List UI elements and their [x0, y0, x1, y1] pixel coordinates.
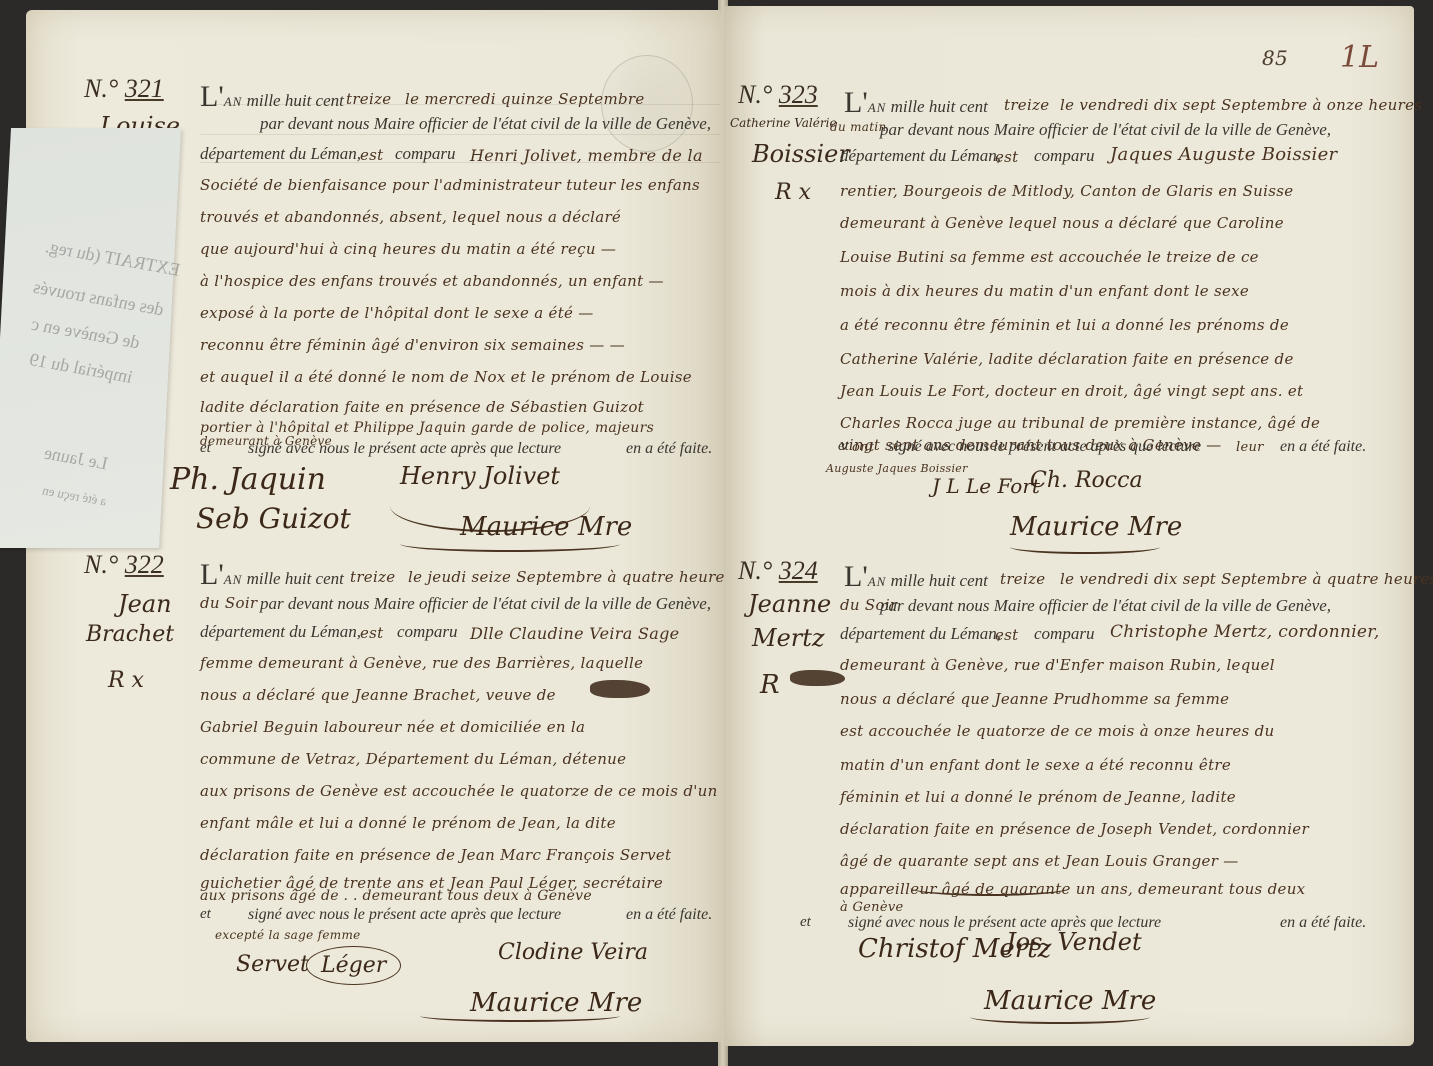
body-line: femme demeurant à Genève, rue des Barriè… [200, 654, 643, 672]
margin-given-name: Catherine Valérie [730, 116, 837, 130]
body-line: demeurant à Genève, rue d'Enfer maison R… [840, 656, 1275, 674]
est-handwritten: est [360, 146, 384, 164]
body-line: déclaration faite en présence de Joseph … [840, 820, 1309, 838]
printed-et: et [200, 906, 211, 923]
printed-closing: signé avec nous le présent acte après qu… [248, 906, 561, 924]
signature: Ph. Jaquin [170, 462, 326, 497]
date-handwritten: le mercredi quinze Septembre [405, 90, 645, 108]
margin-given-name: Jeanne [748, 590, 831, 618]
printed-line-2: par devant nous Maire officier de l'état… [260, 594, 711, 614]
flyleaf-text: de Genève en c [29, 314, 141, 354]
body-line: trouvés et abandonnés, absent, lequel no… [200, 208, 621, 226]
flyleaf-text: a été reçu en [41, 482, 108, 509]
body-line: Société de bienfaisance pour l'administr… [200, 176, 700, 194]
margin-surname: Brachet [86, 622, 174, 647]
annotation-handwritten: excepté la sage femme [215, 928, 361, 942]
time-handwritten: du matin [830, 120, 887, 134]
est-handwritten: est [995, 148, 1019, 166]
body-line: a été reconnu être féminin et lui a donn… [840, 316, 1289, 334]
signature: Seb Guizot [196, 502, 351, 535]
body-line: aux prisons de Genève est accouchée le q… [200, 782, 718, 800]
declarant-handwritten: Henri Jolivet, membre de la [470, 146, 703, 165]
act-number: N.° 322 [84, 550, 164, 580]
printed-line-3: département du Léman, [200, 622, 361, 642]
body-line: matin d'un enfant dont le sexe a été rec… [840, 756, 1231, 774]
printed-line-2: par devant nous Maire officier de l'état… [260, 114, 711, 134]
body-line: nous a déclaré que Jeanne Prudhomme sa f… [840, 690, 1229, 708]
body-line: déclaration faite en présence de Jean Ma… [200, 846, 671, 864]
ink-blot [590, 680, 650, 698]
body-line: Louise Butini sa femme est accouchée le … [840, 248, 1259, 266]
margin-surname: Mertz [752, 624, 825, 652]
printed-et: et [838, 438, 849, 455]
printed-line-3: département du Léman, [200, 144, 361, 164]
margin-surname: Boissier [752, 140, 850, 168]
act-number: N.° 321 [84, 74, 164, 104]
body-line: ladite déclaration faite en présence de … [200, 398, 644, 416]
body-line: nous a déclaré que Jeanne Brachet, veuve… [200, 686, 556, 704]
body-line: demeurant à Genève lequel nous a déclaré… [840, 214, 1284, 232]
printed-comparu: comparu [397, 622, 457, 642]
leur-handwritten: leur [1236, 440, 1264, 455]
body-line: à l'hospice des enfans trouvés et abando… [200, 272, 664, 290]
body-line: exposé à la porte de l'hôpital dont le s… [200, 304, 594, 322]
printed-line-1: L'AN mille huit cent [200, 80, 344, 114]
body-line: commune de Vetraz, Département du Léman,… [200, 750, 626, 768]
body-line: aux prisons âgé de . . demeurant tous de… [200, 888, 592, 904]
page-number: 85 [1262, 46, 1288, 70]
signature: Clodine Veira [498, 940, 648, 965]
body-line: et auquel il a été donné le nom de Nox e… [200, 368, 692, 386]
ink-blot [790, 670, 845, 686]
signature: J L Le Fort [932, 474, 1040, 498]
printed-comparu: comparu [1034, 624, 1094, 644]
declarant-handwritten: Dlle Claudine Veira Sage [470, 624, 679, 643]
body-line: enfant mâle et lui a donné le prénom de … [200, 814, 616, 832]
printed-line-2: par devant nous Maire officier de l'état… [880, 120, 1331, 140]
signature: Ch. Rocca [1030, 468, 1143, 493]
body-line: âgé de quarante sept ans et Jean Louis G… [840, 852, 1239, 870]
body-line: rentier, Bourgeois de Mitlody, Canton de… [840, 182, 1293, 200]
flyleaf-text: EXTRAIT (du reg. [43, 236, 182, 280]
year-handwritten: treize [346, 90, 391, 108]
date-handwritten: le vendredi dix sept Septembre à quatre … [1060, 570, 1433, 588]
body-line: à Genève [840, 900, 903, 915]
year-handwritten: treize [1004, 96, 1049, 114]
body-line: Jean Louis Le Fort, docteur en droit, âg… [840, 382, 1303, 400]
date-handwritten: le vendredi dix sept Septembre à onze he… [1060, 96, 1422, 114]
flyleaf-text: impérial du 19 [27, 349, 134, 388]
body-line: Gabriel Beguin laboureur née et domicili… [200, 718, 585, 736]
printed-closing-end: en a été faite. [626, 906, 712, 924]
mark-icon: R [760, 670, 780, 700]
body-line: reconnu être féminin âgé d'environ six s… [200, 336, 625, 354]
signature-mayor: Maurice Mre [1010, 512, 1182, 542]
margin-given-name: Jean [118, 590, 172, 618]
inserted-flyleaf: EXTRAIT (du reg. des enfans trouvés de G… [0, 128, 181, 548]
printed-closing-end: en a été faite. [1280, 438, 1366, 456]
signature: Servet [236, 952, 309, 977]
year-handwritten: treize [350, 568, 395, 586]
printed-et: et [800, 914, 811, 931]
body-line: Charles Rocca juge au tribunal de premiè… [840, 414, 1320, 432]
printed-closing-end: en a été faite. [1280, 914, 1366, 932]
body-line: Catherine Valérie, ladite déclaration fa… [840, 350, 1294, 368]
declarant-handwritten: Jaques Auguste Boissier [1110, 144, 1337, 165]
signature: Léger [306, 946, 401, 985]
printed-line-2: par devant nous Maire officier de l'état… [880, 596, 1331, 616]
date-handwritten: le jeudi seize Septembre à quatre heures [408, 568, 733, 586]
printed-line-3: département du Léman, [840, 146, 1001, 166]
signature: Jos. Vendet [1006, 928, 1142, 956]
printed-closing-end: en a été faite. [626, 440, 712, 458]
printed-closing: signé avec nous le présent acte après qu… [248, 440, 561, 458]
mark-icon: R x [775, 180, 811, 205]
printed-comparu: comparu [395, 144, 455, 164]
body-line: mois à dix heures du matin d'un enfant d… [840, 282, 1249, 300]
body-line: que aujourd'hui à cinq heures du matin a… [200, 240, 616, 258]
time-handwritten: du Soir [200, 594, 257, 612]
mark-icon: R x [108, 668, 144, 693]
printed-line-1: L'AN mille huit cent [844, 560, 988, 594]
printed-et: et [200, 440, 211, 457]
act-number: N.° 324 [738, 556, 818, 586]
printed-line-1: L'AN mille huit cent [200, 558, 344, 592]
printed-line-1: L'AN mille huit cent [844, 86, 988, 120]
folio-mark: 1L [1340, 40, 1379, 75]
act-number: N.° 323 [738, 80, 818, 110]
est-handwritten: est [360, 624, 384, 642]
declarant-handwritten: Christophe Mertz, cordonnier, [1110, 622, 1380, 642]
year-handwritten: treize [1000, 570, 1045, 588]
body-line: est accouchée le quatorze de ce mois à o… [840, 722, 1274, 740]
est-handwritten: est [995, 626, 1019, 644]
printed-closing: signé avec nous le présent acte après qu… [888, 438, 1201, 456]
ont-handwritten: ont [852, 440, 874, 455]
flyleaf-text: Le Jaune [42, 443, 110, 475]
flyleaf-text: des enfans trouvés [31, 277, 165, 321]
body-line: féminin et lui a donné le prénom de Jean… [840, 788, 1236, 806]
printed-line-3: département du Léman, [840, 624, 1001, 644]
printed-comparu: comparu [1034, 146, 1094, 166]
